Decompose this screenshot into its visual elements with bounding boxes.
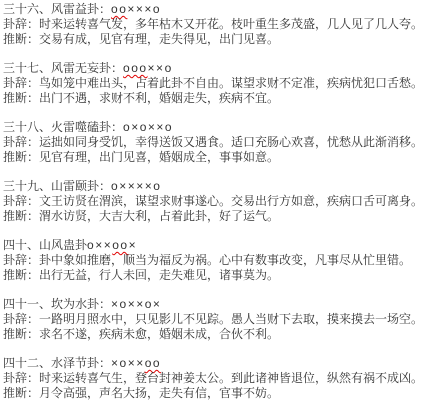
tuiduan-label: 推断：	[3, 268, 39, 282]
hexagram-section: 三十六、风雷益卦：oo×××o 卦辞：时来运转喜气发，多年枯木又开花。枝叶重生多…	[3, 2, 433, 47]
section-title: 三十六、风雷益卦：	[3, 2, 111, 16]
section-header-line: 三十九、山雷颐卦：o××××o	[3, 179, 433, 194]
hexagram-symbols-misspelled: ooo	[123, 61, 148, 75]
guaci-line: 卦辞：一路明月照水中，只见影儿不见踪。愚人当财下去取，摸来摸去一场空。	[3, 312, 433, 327]
hexagram-section: 三十八、火雷噬磕卦：o×o××o 卦辞：运拙如同身受饥，幸得送饭又遇食。适口充肠…	[3, 120, 433, 165]
tuiduan-label: 推断：	[3, 327, 39, 341]
tuiduan-text: 见官有理，出门见喜，婚姻成全，事事如意。	[39, 150, 279, 164]
section-symbols: ooo××o	[123, 61, 173, 75]
section-symbols: ×o××o×	[111, 297, 161, 311]
tuiduan-line: 推断：出门不遇，求财不利，婚姻走失，疾病不宜。	[3, 91, 433, 106]
tuiduan-label: 推断：	[3, 386, 39, 400]
guaci-line: 卦辞：文王访贤在渭滨，谋望求财事遂心。交易出行方如意，疾病口舌可离身。	[3, 194, 433, 209]
guaci-text: 运拙如同身受饥，幸得送饭又遇食。适口充肠心欢喜，忧愁从此渐消移。	[39, 135, 423, 149]
hexagram-symbols: ××o	[148, 61, 173, 75]
tuiduan-text: 月令高强，声名大扬，走失有信，官事不妨。	[39, 386, 279, 400]
hexagram-section: 四十一、坎为水卦：×o××o× 卦辞：一路明月照水中，只见影儿不见踪。愚人当财下…	[3, 297, 433, 342]
tuiduan-text: 渭水访贤，大吉大利，占着此卦，好了运气。	[39, 209, 279, 223]
section-symbols: oo×××o	[111, 2, 161, 16]
hexagram-section: 三十九、山雷颐卦：o××××o 卦辞：文王访贤在渭滨，谋望求财事遂心。交易出行方…	[3, 179, 433, 224]
hexagram-symbols: o×o××o	[123, 120, 173, 134]
tuiduan-label: 推断：	[3, 32, 39, 46]
section-symbols: ×o××oo	[111, 356, 161, 370]
section-header-line: 三十七、风雷无妄卦：ooo××o	[3, 61, 433, 76]
section-title: 四十一、坎为水卦：	[3, 297, 111, 311]
tuiduan-line: 推断：见官有理，出门见喜，婚姻成全，事事如意。	[3, 150, 433, 165]
hexagram-symbols: ×	[129, 238, 138, 252]
guaci-label: 卦辞：	[3, 371, 39, 385]
tuiduan-text: 求名不遂，疾病未愈，婚姻未成，合伙不利。	[39, 327, 279, 341]
tuiduan-label: 推断：	[3, 209, 39, 223]
hexagram-symbols: ×××o	[127, 2, 161, 16]
guaci-label: 卦辞：	[3, 253, 39, 267]
guaci-label: 卦辞：	[3, 17, 39, 31]
guaci-text: 时来运转喜气发，多年枯木又开花。枝叶重生多茂盛，几人见了几人夸。	[39, 17, 423, 31]
tuiduan-text: 出门不遇，求财不利，婚姻走失，疾病不宜。	[39, 91, 279, 105]
section-header-line: 四十一、坎为水卦：×o××o×	[3, 297, 433, 312]
hexagram-symbols: ×o××	[111, 356, 145, 370]
section-header-line: 三十八、火雷噬磕卦：o×o××o	[3, 120, 433, 135]
tuiduan-line: 推断：月令高强，声名大扬，走失有信，官事不妨。	[3, 386, 433, 400]
guaci-text: 一路明月照水中，只见影儿不见踪。愚人当财下去取，摸来摸去一场空。	[39, 312, 423, 326]
hexagram-symbols: o××	[87, 238, 112, 252]
guaci-line: 卦辞：时来运转喜气发，多年枯木又开花。枝叶重生多茂盛，几人见了几人夸。	[3, 17, 433, 32]
guaci-label: 卦辞：	[3, 135, 39, 149]
section-title: 三十九、山雷颐卦：	[3, 179, 111, 193]
hexagram-section: 四十二、水泽节卦：×o××oo 卦辞：时来运转喜气生，登台封神姜太公。到此诸神皆…	[3, 356, 433, 400]
section-header-line: 四十二、水泽节卦：×o××oo	[3, 356, 433, 371]
guaci-line: 卦辞：卦中象如推磨，顺当为福反为祸。心中有数事改变，凡事尽从忙里错。	[3, 253, 433, 268]
hexagram-symbols: ×o××o×	[111, 297, 161, 311]
tuiduan-label: 推断：	[3, 150, 39, 164]
hexagram-section: 四十、山风蛊卦o××oo× 卦辞：卦中象如推磨，顺当为福反为祸。心中有数事改变，…	[3, 238, 433, 283]
guaci-line: 卦辞：运拙如同身受饥，幸得送饭又遇食。适口充肠心欢喜，忧愁从此渐消移。	[3, 135, 433, 150]
guaci-text: 文王访贤在渭滨，谋望求财事遂心。交易出行方如意，疾病口舌可离身。	[39, 194, 423, 208]
guaci-label: 卦辞：	[3, 194, 39, 208]
tuiduan-text: 交易有成，见官有理，走失得见，出门见喜。	[39, 32, 279, 46]
guaci-line: 卦辞：鸟如笼中难出头，占着此卦不自由。谋望求财不定准，疾病忧犯口舌愁。	[3, 76, 433, 91]
tuiduan-line: 推断：交易有成，见官有理，走失得见，出门见喜。	[3, 32, 433, 47]
hexagram-section: 三十七、风雷无妄卦：ooo××o 卦辞：鸟如笼中难出头，占着此卦不自由。谋望求财…	[3, 61, 433, 106]
section-symbols: o×o××o	[123, 120, 173, 134]
sections: 三十六、风雷益卦：oo×××o 卦辞：时来运转喜气发，多年枯木又开花。枝叶重生多…	[3, 2, 433, 400]
tuiduan-line: 推断：求名不遂，疾病未愈，婚姻未成，合伙不利。	[3, 327, 433, 342]
tuiduan-text: 出行无益，行人未回，走失难见，诸事莫为。	[39, 268, 279, 282]
hexagram-symbols: o××××o	[111, 179, 161, 193]
guaci-text: 卦中象如推磨，顺当为福反为祸。心中有数事改变，凡事尽从忙里错。	[39, 253, 411, 267]
tuiduan-label: 推断：	[3, 91, 39, 105]
section-symbols: o××oo×	[87, 238, 137, 252]
section-header-line: 三十六、风雷益卦：oo×××o	[3, 2, 433, 17]
tuiduan-line: 推断：渭水访贤，大吉大利，占着此卦，好了运气。	[3, 209, 433, 224]
hexagram-symbols-misspelled: oo	[112, 238, 128, 252]
guaci-line: 卦辞：时来运转喜气生，登台封神姜太公。到此诸神皆退位，纵然有祸不成凶。	[3, 371, 433, 386]
section-title: 三十八、火雷噬磕卦：	[3, 120, 123, 134]
section-symbols: o××××o	[111, 179, 161, 193]
section-title: 四十二、水泽节卦：	[3, 356, 111, 370]
document-body: 三十六、风雷益卦：oo×××o 卦辞：时来运转喜气发，多年枯木又开花。枝叶重生多…	[0, 0, 435, 400]
guaci-text: 鸟如笼中难出头，占着此卦不自由。谋望求财不定准，疾病忧犯口舌愁。	[39, 76, 423, 90]
tuiduan-line: 推断：出行无益，行人未回，走失难见，诸事莫为。	[3, 268, 433, 283]
section-header-line: 四十、山风蛊卦o××oo×	[3, 238, 433, 253]
section-title: 三十七、风雷无妄卦：	[3, 61, 123, 75]
guaci-label: 卦辞：	[3, 312, 39, 326]
guaci-label: 卦辞：	[3, 76, 39, 90]
hexagram-symbols-misspelled: oo	[145, 356, 161, 370]
hexagram-symbols-misspelled: oo	[111, 2, 127, 16]
section-title: 四十、山风蛊卦	[3, 238, 87, 252]
guaci-text: 时来运转喜气生，登台封神姜太公。到此诸神皆退位，纵然有祸不成凶。	[39, 371, 423, 385]
